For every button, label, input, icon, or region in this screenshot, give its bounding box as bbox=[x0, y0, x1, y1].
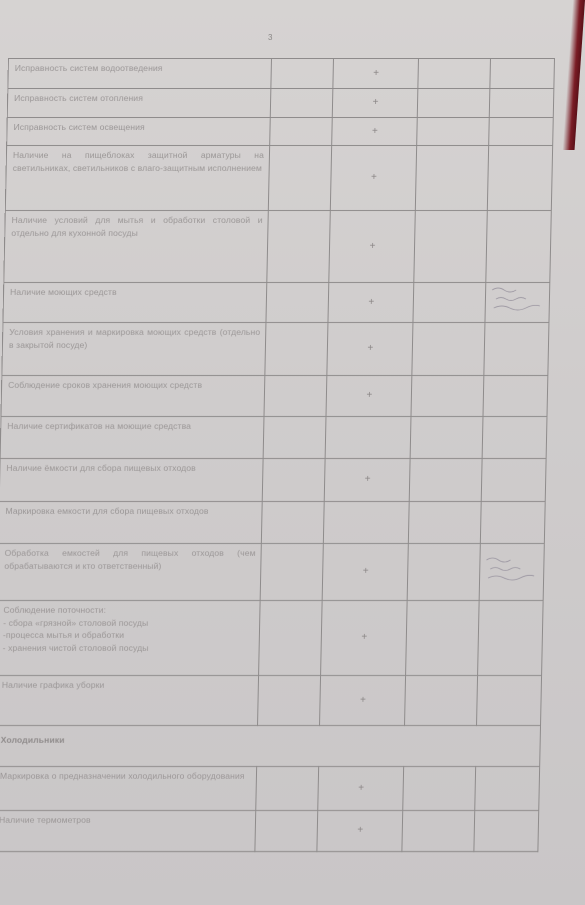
table-row: Наличие графика уборки + bbox=[0, 676, 542, 726]
cell-col-1 bbox=[267, 211, 331, 283]
cell-col-1 bbox=[259, 601, 323, 676]
handwritten-note bbox=[489, 118, 554, 146]
handwritten-note bbox=[483, 376, 548, 417]
handwriting-scribble-icon bbox=[482, 554, 541, 588]
handwritten-note bbox=[486, 211, 552, 283]
binder-edge bbox=[563, 0, 585, 150]
handwritten-note bbox=[481, 459, 546, 502]
handwritten-note bbox=[474, 811, 539, 852]
table-row: Исправность систем отопления + bbox=[7, 89, 554, 118]
table-row: Наличие условий для мытья и обработки ст… bbox=[4, 211, 552, 283]
cell-col-1 bbox=[258, 676, 321, 726]
criterion-label: Наличие на пищеблоках защитной арматуры … bbox=[5, 146, 269, 211]
check-mark: + bbox=[333, 59, 419, 89]
cell-col-3 bbox=[408, 502, 481, 544]
handwritten-note bbox=[480, 502, 545, 544]
cell-col-1 bbox=[256, 767, 319, 811]
handwriting-scribble-icon bbox=[488, 284, 547, 318]
check-mark: + bbox=[326, 376, 412, 417]
cell-col-1 bbox=[260, 544, 323, 601]
table-row: Соблюдение поточности: - сбора «грязной»… bbox=[0, 601, 543, 676]
cell-col-3 bbox=[405, 676, 478, 726]
criterion-label: Маркировка емкости для сбора пищевых отх… bbox=[0, 502, 262, 544]
handwritten-note bbox=[489, 89, 554, 118]
cell-col-3 bbox=[418, 59, 491, 89]
check-mark: + bbox=[321, 601, 408, 676]
table-row: Наличие на пищеблоках защитной арматуры … bbox=[5, 146, 552, 211]
handwritten-note bbox=[490, 59, 555, 89]
cell-col-3 bbox=[410, 417, 483, 459]
cell-col-3 bbox=[415, 146, 488, 211]
table-row: Исправность систем освещения + bbox=[7, 118, 554, 146]
cell-col-3 bbox=[413, 283, 486, 323]
cell-col-1 bbox=[266, 283, 329, 323]
cell-col-1 bbox=[262, 459, 325, 502]
handwritten-note bbox=[485, 283, 550, 323]
cell-col-3 bbox=[403, 767, 476, 811]
criterion-label: Наличие термометров bbox=[0, 811, 256, 852]
cell-col-1 bbox=[264, 376, 327, 417]
check-mark: + bbox=[318, 767, 404, 811]
table-row: Наличие термометров + bbox=[0, 811, 539, 852]
check-mark: + bbox=[324, 459, 410, 502]
handwritten-note bbox=[482, 417, 547, 459]
cell-col-1 bbox=[255, 811, 318, 852]
criterion-label: Наличие графика уборки bbox=[0, 676, 259, 726]
cell-col-3 bbox=[414, 211, 488, 283]
criterion-label: Исправность систем отопления bbox=[7, 89, 271, 118]
cell-col-3 bbox=[409, 459, 482, 502]
cell-col-1 bbox=[270, 89, 333, 118]
cell-col-3 bbox=[407, 544, 480, 601]
checklist-sheet: Исправность систем водоотведения + Испра… bbox=[0, 58, 554, 852]
page-number: 3 bbox=[268, 33, 272, 42]
section-header-row: Холодильники bbox=[0, 726, 541, 767]
cell-col-3 bbox=[402, 811, 475, 852]
criterion-label: Наличие ёмкости для сбора пищевых отходо… bbox=[0, 459, 263, 502]
table-row: Наличие моющих средств + bbox=[3, 283, 550, 323]
check-mark: + bbox=[328, 283, 414, 323]
inspection-table: Исправность систем водоотведения + Испра… bbox=[0, 58, 555, 852]
check-mark: + bbox=[330, 146, 416, 211]
cell-col-3 bbox=[417, 118, 490, 146]
handwritten-note bbox=[479, 544, 544, 601]
check-mark: + bbox=[329, 211, 416, 283]
criterion-label: Исправность систем освещения bbox=[7, 118, 271, 146]
cell-col-3 bbox=[417, 89, 490, 118]
table-row: Соблюдение сроков хранения моющих средст… bbox=[1, 376, 548, 417]
criterion-label: Условия хранения и маркировка моющих сре… bbox=[2, 323, 266, 376]
handwritten-note bbox=[484, 323, 549, 376]
handwritten-note bbox=[478, 601, 544, 676]
table-row: Маркировка о предназначении холодильного… bbox=[0, 767, 540, 811]
cell-col-1 bbox=[270, 118, 333, 146]
check-mark bbox=[325, 417, 411, 459]
cell-col-1 bbox=[271, 59, 334, 89]
handwritten-note bbox=[477, 676, 542, 726]
check-mark: + bbox=[320, 676, 406, 726]
cell-col-1 bbox=[265, 323, 328, 376]
handwritten-note bbox=[475, 767, 540, 811]
criterion-label: Наличие условий для мытья и обработки ст… bbox=[4, 211, 269, 283]
handwritten-note bbox=[487, 146, 552, 211]
cell-col-3 bbox=[412, 323, 485, 376]
check-mark: + bbox=[332, 89, 418, 118]
criterion-label: Маркировка о предназначении холодильного… bbox=[0, 767, 257, 811]
table-row: Наличие ёмкости для сбора пищевых отходо… bbox=[0, 459, 546, 502]
check-mark: + bbox=[332, 118, 418, 146]
table-row: Исправность систем водоотведения + bbox=[8, 59, 555, 89]
check-mark: + bbox=[322, 544, 408, 601]
cell-col-1 bbox=[263, 417, 326, 459]
criterion-label: Исправность систем водоотведения bbox=[8, 59, 272, 89]
check-mark bbox=[323, 502, 409, 544]
table-row: Обработка емкостей для пищевых отходов (… bbox=[0, 544, 544, 601]
criterion-label: Обработка емкостей для пищевых отходов (… bbox=[0, 544, 261, 601]
section-title: Холодильники bbox=[0, 726, 541, 767]
check-mark: + bbox=[327, 323, 413, 376]
criterion-label: Наличие сертификатов на моющие средства bbox=[0, 417, 264, 459]
cell-col-3 bbox=[406, 601, 480, 676]
table-row: Условия хранения и маркировка моющих сре… bbox=[2, 323, 549, 376]
cell-col-3 bbox=[411, 376, 484, 417]
table-row: Маркировка емкости для сбора пищевых отх… bbox=[0, 502, 545, 544]
check-mark: + bbox=[317, 811, 403, 852]
criterion-label: Соблюдение сроков хранения моющих средст… bbox=[1, 376, 265, 417]
cell-col-1 bbox=[261, 502, 324, 544]
cell-col-1 bbox=[268, 146, 331, 211]
criterion-label: Соблюдение поточности: - сбора «грязной»… bbox=[0, 601, 260, 676]
criterion-label: Наличие моющих средств bbox=[3, 283, 267, 323]
table-row: Наличие сертификатов на моющие средства bbox=[0, 417, 547, 459]
